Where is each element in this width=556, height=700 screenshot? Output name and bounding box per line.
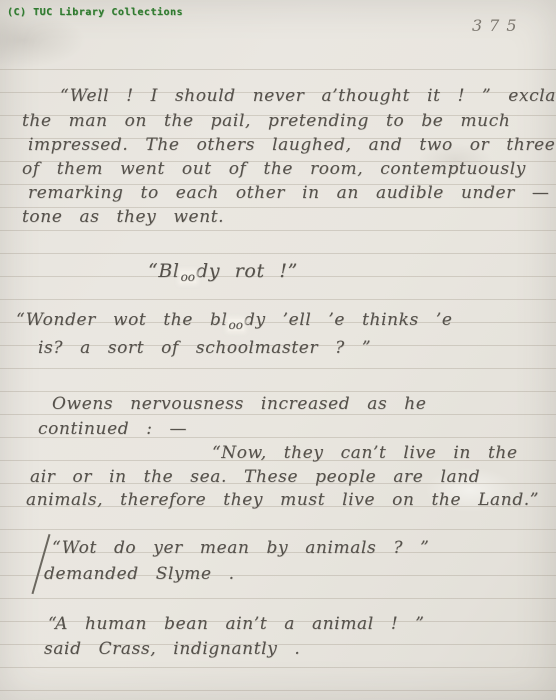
line-text: “Bl [148,260,180,282]
manuscript-line: impressed. The others laughed, and two o… [28,137,555,154]
page-number: 375 [472,16,524,35]
manuscript-line: air or in the sea. These people are land [30,469,480,486]
correction-patch: oo [180,271,196,283]
manuscript-line: “Wot do yer mean by animals ? ” [52,540,429,557]
line-text: dy ’ell ’e thinks ’e [244,310,453,330]
manuscript-line: continued : — [38,421,187,438]
manuscript-line: is? a sort of schoolmaster ? ” [38,340,371,357]
manuscript-line: demanded Slyme . [44,566,235,583]
manuscript-line: of them went out of the room, contemptuo… [22,161,526,178]
copyright-watermark: (C) TUC Library Collections [7,7,183,18]
manuscript-line: “Well ! I should never a’thought it ! ” … [60,88,556,105]
correction-patch: oo [228,319,244,331]
manuscript-line: “Now, they can’t live in the [212,445,518,462]
manuscript-line: animals, therefore they must live on the… [26,492,539,509]
manuscript-line: Owens nervousness increased as he [52,396,427,413]
manuscript-line: the man on the pail, pretending to be mu… [22,113,510,130]
line-text: “Wonder wot the bl [16,310,228,330]
manuscript-line: tone as they went. [22,209,224,226]
manuscript-line: “Wonder wot the bloody ’ell ’e thinks ’e [16,312,453,329]
manuscript-line: “Bloody rot !” [148,262,298,281]
line-text: dy rot !” [196,260,298,282]
manuscript-line: said Crass, indignantly . [44,641,300,658]
manuscript-line: “A human bean ain’t a animal ! ” [48,616,425,633]
manuscript-line: remarking to each other in an audible un… [28,185,550,202]
manuscript-page: (C) TUC Library Collections 375 “Well ! … [0,0,556,700]
